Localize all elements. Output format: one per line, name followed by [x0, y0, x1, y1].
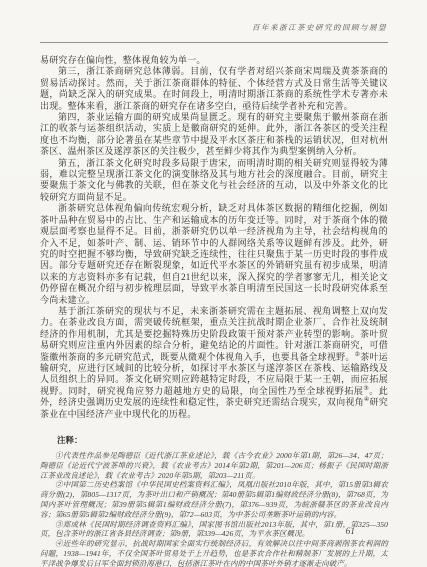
note-reference-superscript: ② — [355, 352, 361, 358]
note-item: ③郑成林《民国时期经济调查资料汇编》，国家图书馆出版社2013年版，其中，第1册… — [40, 520, 388, 540]
document-page: 百年来浙江茶史研究的回顾与展望 易研究存在偏向性，整体视角较为单一。第三，浙江茶… — [0, 0, 427, 567]
note-item: ①代表性作品参见陶德臣《近代浙江茶业述论》，载《古今农业》2000年第1期，第2… — [40, 451, 388, 480]
note-item: ④近些年的研究显示，抗战时期国家全面实行统制经济后，有效解决以往中间茶商剥削茶农… — [40, 539, 388, 567]
body-paragraph: 第五，浙江茶文化研究时段多局限于唐宋，而明清时期的相关研究则显得较为薄弱，难以完… — [40, 158, 388, 204]
page-number: 61 — [346, 527, 356, 537]
body-paragraph: 第三，浙江茶商研究总体薄弱。目前，仅有学者对绍兴茶商宋周瑞及黄茶茶商的贸易活动探… — [40, 66, 388, 112]
note-item: ②中国第二历史档案馆《中华民国史档案资料汇编》，凤凰出版社2010年版，其中，第… — [40, 480, 388, 519]
body-paragraph: 基于浙江茶研究的现状与不足，未来浙茶研究需在主题拓展、视角调整上双向发力。在茶业… — [40, 306, 388, 420]
note-reference-superscript: ④ — [364, 397, 370, 403]
note-reference-superscript: ③ — [363, 386, 369, 392]
notes-heading: 注释： — [40, 434, 388, 446]
header-rule — [40, 42, 388, 43]
body-paragraph: 易研究存在偏向性，整体视角较为单一。 — [40, 55, 388, 66]
notes-list: ①代表性作品参见陶德臣《近代浙江茶业述论》，载《古今农业》2000年第1期，第2… — [40, 451, 388, 567]
notes-section: 注释： ①代表性作品参见陶德臣《近代浙江茶业述论》，载《古今农业》2000年第1… — [40, 434, 388, 567]
running-header-title: 百年来浙江茶史研究的回顾与展望 — [40, 22, 388, 33]
body-paragraph: 浙茶研究总体视角偏向传统宏观分析，缺乏对具体茶区数据的精细化挖掘，例如茶叶品种在… — [40, 203, 388, 306]
body-paragraph: 第四，茶业运输方面的研究成果尚显匮乏。现有的研究主要聚焦于徽州茶商在浙江的收茶与… — [40, 112, 388, 158]
body-text: 易研究存在偏向性，整体视角较为单一。第三，浙江茶商研究总体薄弱。目前，仅有学者对… — [40, 55, 388, 420]
